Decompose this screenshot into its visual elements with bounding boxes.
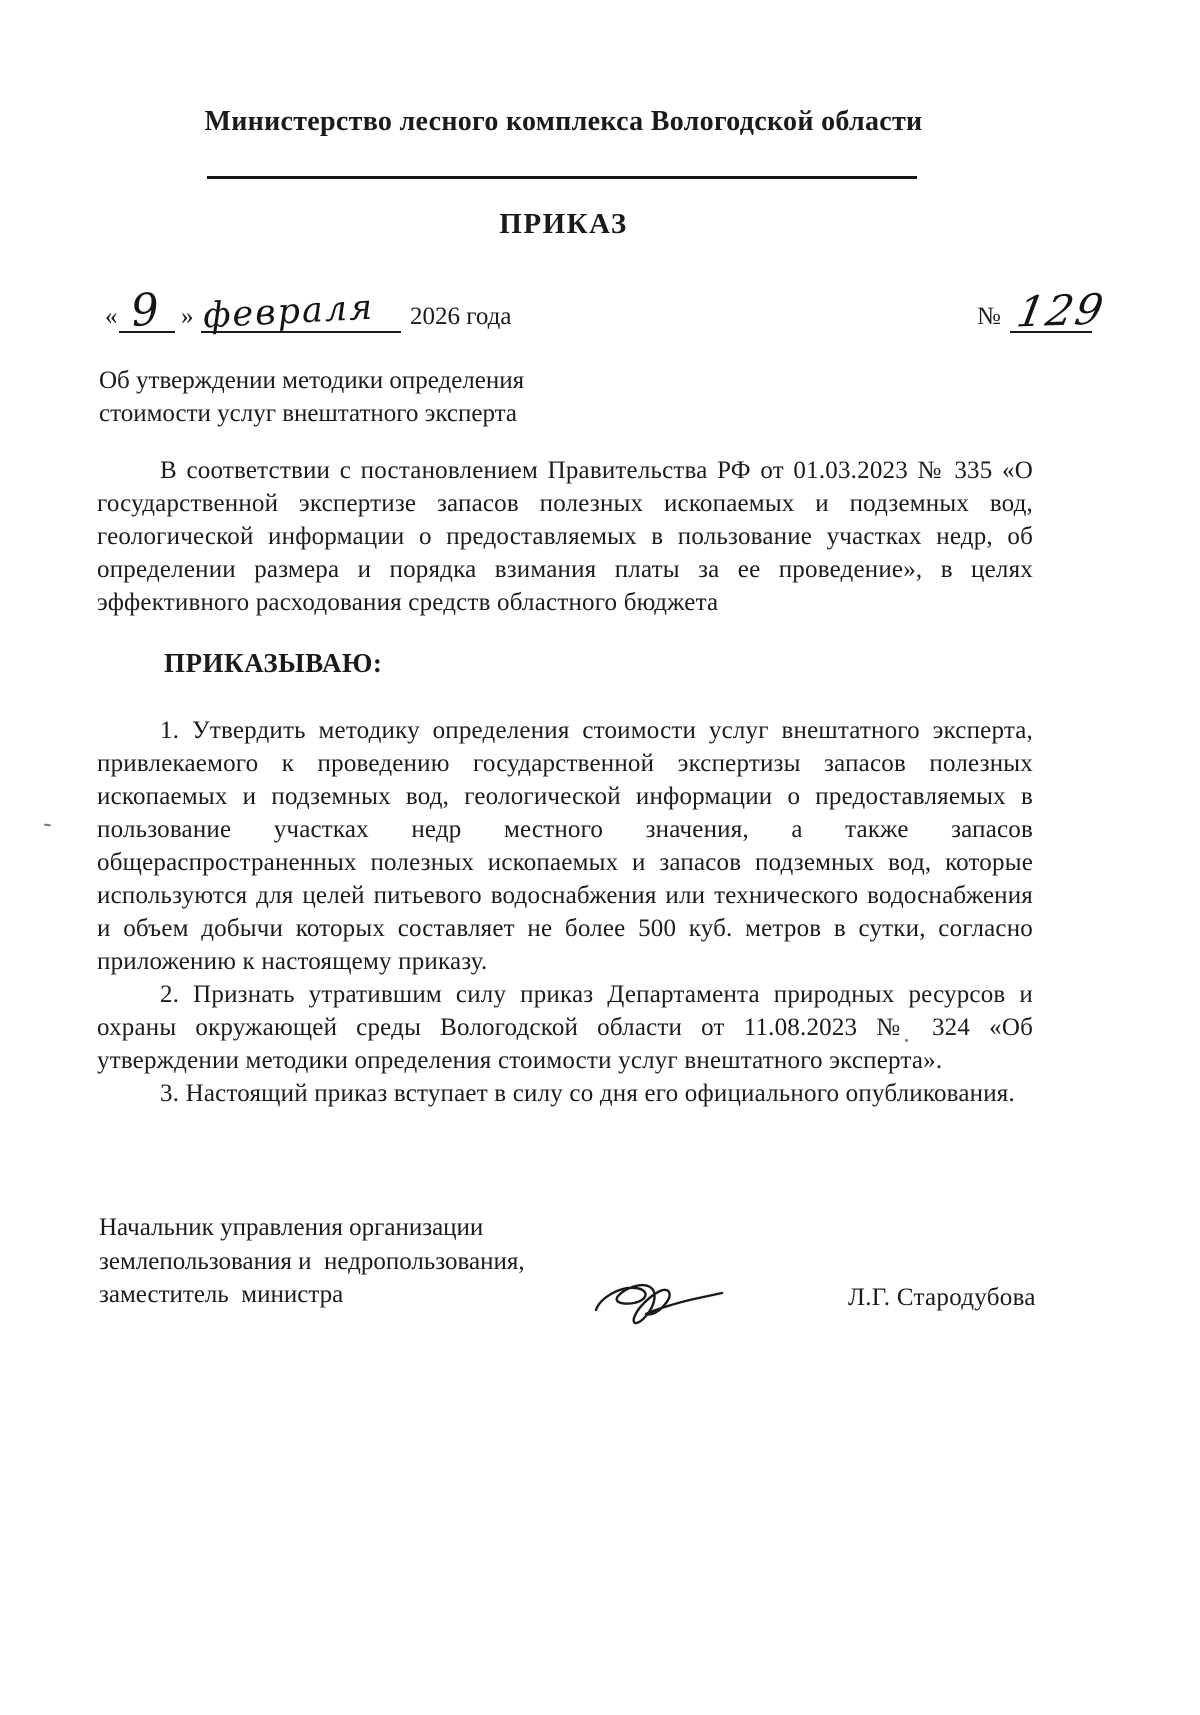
signature-stroke	[592, 1270, 732, 1340]
order-keyword: ПРИКАЗЫВАЮ:	[164, 648, 382, 679]
signatory-name: Л.Г. Стародубова	[848, 1284, 1036, 1312]
preamble-paragraph: В соответствии с постановлением Правител…	[97, 454, 1033, 619]
signatory-position: Начальник управления организации землепо…	[99, 1211, 619, 1312]
scan-artifact-dash	[44, 824, 51, 827]
date-day-blank: 9	[119, 301, 175, 333]
date-year-label: 2026 года	[410, 303, 511, 331]
date-number-row: « 9 » февраля 2026 года № 129	[97, 299, 1092, 339]
document-title: ПРИКАЗ	[97, 208, 1030, 241]
document-page: Министерство лесного комплекса Вологодск…	[0, 0, 1200, 1715]
order-subject: Об утверждении методики определения стои…	[99, 364, 659, 430]
order-item-1: 1. Утвердить методику определения стоимо…	[97, 714, 1033, 978]
date-close-quote: »	[181, 303, 194, 331]
header-divider-line	[207, 176, 917, 179]
organization-name: Министерство лесного комплекса Вологодск…	[97, 104, 1030, 140]
handwritten-month: февраля	[202, 288, 375, 337]
handwritten-day: 9	[129, 284, 161, 337]
order-item-2: 2. Признать утратившим силу приказ Депар…	[97, 978, 1033, 1077]
order-item-3: 3. Настоящий приказ вступает в силу со д…	[97, 1077, 1033, 1110]
handwritten-order-number: 129	[1013, 285, 1108, 337]
number-sign: №	[977, 303, 1001, 331]
scan-artifact-dot	[905, 1039, 908, 1042]
date-month-blank: февраля	[201, 301, 401, 333]
order-items: 1. Утвердить методику определения стоимо…	[97, 714, 1033, 1110]
date-open-quote: «	[105, 303, 118, 331]
order-number-blank: 129	[1010, 301, 1092, 333]
